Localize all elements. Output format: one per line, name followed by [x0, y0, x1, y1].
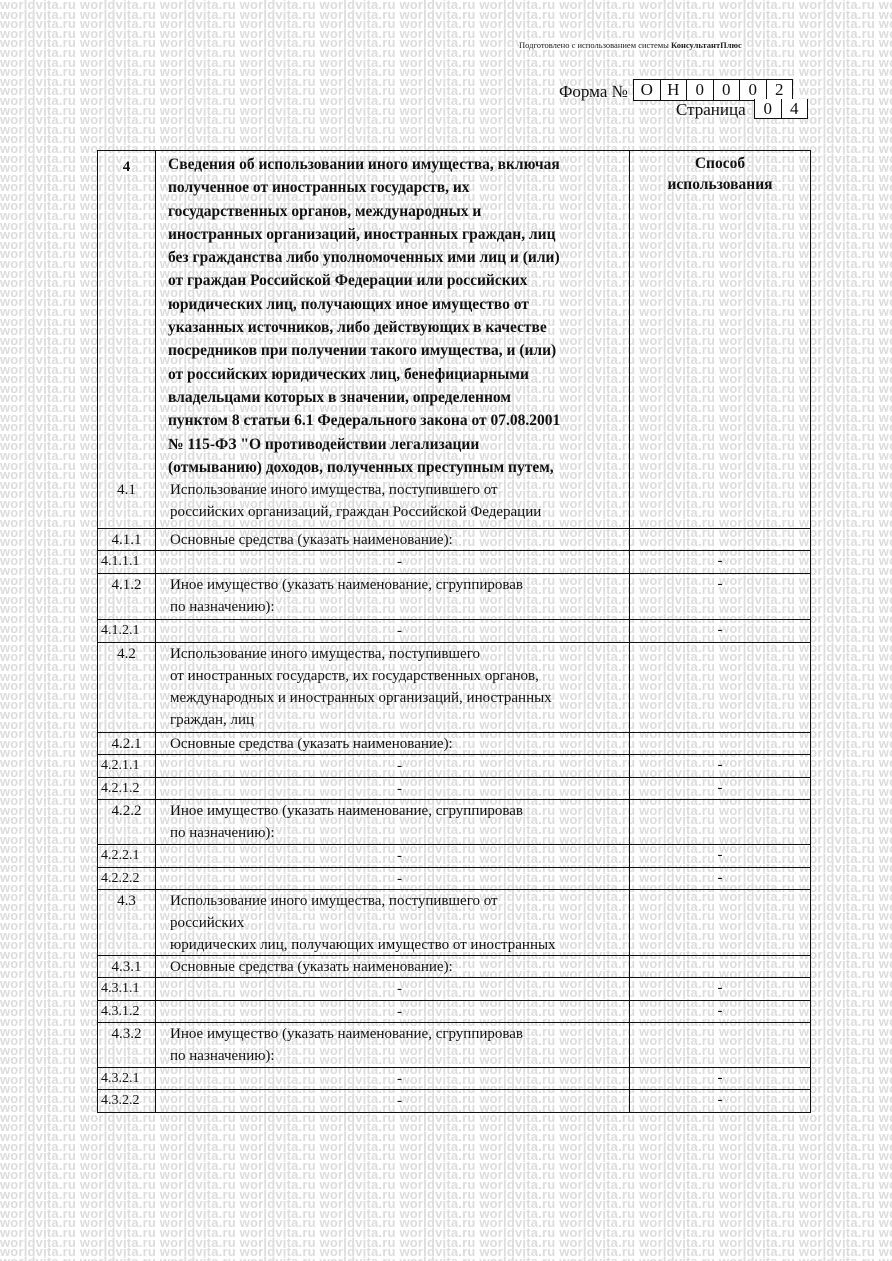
table-row: 4.1Использование иного имущества, поступ… [98, 479, 810, 528]
row-usage-value: - [630, 1068, 810, 1088]
row-number: 4.1.1.1 [98, 551, 156, 573]
row-description[interactable]: Основные средства (указать наименование)… [156, 733, 630, 754]
row-description-line: от иностранных государств, их государств… [170, 665, 629, 687]
section-title-line: без гражданства либо уполномоченных ими … [168, 246, 629, 269]
document-page: Подготовлено с использованием системы Ко… [0, 0, 892, 1261]
row-description[interactable]: - [156, 778, 630, 799]
table-row: 4.2.1.1-- [98, 754, 810, 777]
row-description-value: - [170, 978, 629, 1000]
row-usage-method[interactable]: - [630, 551, 810, 573]
table-row: 4.1.1Основные средства (указать наименов… [98, 528, 810, 550]
row-description-value: - [170, 1090, 629, 1112]
row-description-line: Иное имущество (указать наименование, сг… [170, 1023, 629, 1045]
row-number: 4.3.1 [98, 956, 156, 977]
row-usage-method[interactable]: - [630, 978, 810, 1000]
row-number: 4.2 [98, 643, 156, 732]
use-header-line: Способ [630, 153, 810, 174]
page-number-char: 4 [782, 99, 809, 118]
row-description[interactable]: Иное имущество (указать наименование, сг… [156, 800, 630, 844]
row-description[interactable]: Использование иного имущества, поступивш… [156, 479, 630, 528]
table-row: 4.3.2Иное имущество (указать наименовани… [98, 1022, 810, 1067]
row-number: 4.3.2 [98, 1023, 156, 1067]
table-header-row: 4 Сведения об использовании иного имущес… [98, 151, 810, 479]
form-code-char: 0 [687, 80, 714, 100]
section-title-line: указанных источников, либо действующих в… [168, 316, 629, 339]
row-description-value: - [170, 868, 629, 889]
row-description[interactable]: - [156, 868, 630, 889]
row-description-line: по назначению): [170, 822, 629, 844]
table-row: 4.1.2.1-- [98, 619, 810, 642]
row-number: 4.3.1.2 [98, 1001, 156, 1022]
form-number-label: Форма № [559, 82, 628, 102]
table-row: 4.3.1Основные средства (указать наименов… [98, 955, 810, 977]
row-usage-method[interactable] [630, 890, 810, 955]
row-number: 4.2.2.2 [98, 868, 156, 889]
row-description-line: российских [170, 912, 629, 934]
row-usage-method[interactable] [630, 643, 810, 732]
row-usage-method[interactable] [630, 1023, 810, 1067]
row-number: 4.1 [98, 479, 156, 528]
row-description-value: - [170, 845, 629, 867]
row-usage-value: - [630, 978, 810, 998]
row-usage-method[interactable] [630, 733, 810, 754]
section-title-line: от граждан Российской Федерации или росс… [168, 269, 629, 292]
table-row: 4.2.2.2-- [98, 867, 810, 889]
table-row: 4.2.2.1-- [98, 844, 810, 867]
row-usage-value: - [630, 868, 810, 888]
row-description-value: - [170, 551, 629, 573]
row-description[interactable]: Иное имущество (указать наименование, сг… [156, 1023, 630, 1067]
table-row: 4.1.1.1-- [98, 550, 810, 573]
form-code-boxes: О Н 0 0 0 2 [633, 79, 793, 101]
row-usage-value: - [630, 778, 810, 798]
row-description-line: Иное имущество (указать наименование, сг… [170, 800, 629, 822]
row-usage-method[interactable] [630, 956, 810, 977]
table-row: 4.3.1.1-- [98, 977, 810, 1000]
row-usage-value: - [630, 1090, 810, 1110]
row-description[interactable]: - [156, 845, 630, 867]
row-number: 4.2.2.1 [98, 845, 156, 867]
section-title-line: № 115-ФЗ "О противодействии легализации [168, 433, 629, 456]
form-code-char: 0 [714, 80, 741, 100]
row-number: 4.1.1 [98, 529, 156, 550]
row-number: 4.3 [98, 890, 156, 955]
row-description-value: - [170, 755, 629, 777]
row-usage-method[interactable]: - [630, 620, 810, 642]
use-column-header: Способ использования [630, 151, 810, 479]
section-title-line: иностранных организаций, иностранных гра… [168, 223, 629, 246]
row-description[interactable]: Основные средства (указать наименование)… [156, 529, 630, 550]
row-description-line: Основные средства (указать наименование)… [170, 529, 629, 550]
row-description-value: - [170, 778, 629, 799]
prepared-note: Подготовлено с использованием системы Ко… [519, 40, 742, 50]
section-title-line: пунктом 8 статьи 6.1 Федерального закона… [168, 409, 629, 432]
row-description[interactable]: - [156, 978, 630, 1000]
row-usage-method[interactable]: - [630, 1068, 810, 1089]
row-description[interactable]: - [156, 620, 630, 642]
row-description[interactable]: - [156, 1090, 630, 1112]
row-number: 4.2.2 [98, 800, 156, 844]
section-title-line: от российских юридических лиц, бенефициа… [168, 363, 629, 386]
row-description-line: Основные средства (указать наименование)… [170, 733, 629, 754]
row-description-value: - [170, 1001, 629, 1022]
table-row: 4.2.1.2-- [98, 777, 810, 799]
form-code-char: 0 [740, 80, 767, 100]
section-title-line: владельцами которых в значении, определе… [168, 386, 629, 409]
section-number-text: 4 [123, 159, 131, 175]
row-usage-method[interactable] [630, 529, 810, 550]
row-description[interactable]: Использование иного имущества, поступивш… [156, 890, 630, 955]
table-row: 4.3.1.2-- [98, 1000, 810, 1022]
row-description-line: граждан, лиц [170, 709, 629, 731]
section-title-line: посредников при получении такого имущест… [168, 339, 629, 362]
row-usage-method[interactable]: - [630, 574, 810, 619]
row-usage-value: - [630, 1001, 810, 1021]
row-usage-value: - [630, 551, 810, 571]
row-usage-method[interactable]: - [630, 755, 810, 777]
row-usage-value: - [630, 620, 810, 640]
row-description[interactable]: - [156, 1001, 630, 1022]
row-description-line: Использование иного имущества, поступивш… [170, 643, 629, 665]
section-number: 4 [98, 151, 156, 479]
form-code-char: 2 [767, 80, 794, 100]
table-row: 4.3.2.1-- [98, 1067, 810, 1089]
page-number-boxes: 0 4 [754, 99, 808, 119]
section-title: Сведения об использовании иного имуществ… [156, 151, 630, 479]
page-label: Страница [676, 100, 746, 120]
row-usage-method[interactable]: - [630, 1001, 810, 1022]
row-number: 4.2.1.2 [98, 778, 156, 799]
table-row: 4.2Использование иного имущества, поступ… [98, 642, 810, 732]
section-title-line: (отмыванию) доходов, полученных преступн… [168, 456, 629, 479]
table-row: 4.2.2Иное имущество (указать наименовани… [98, 799, 810, 844]
row-description-line: международных и иностранных организаций,… [170, 687, 629, 709]
row-description-line: юридических лиц, получающих имущество от… [170, 934, 629, 955]
row-number: 4.3.2.2 [98, 1090, 156, 1112]
row-usage-value: - [630, 845, 810, 865]
prepared-prefix: Подготовлено с использованием системы [519, 40, 669, 50]
table-row: 4.3Использование иного имущества, поступ… [98, 889, 810, 955]
row-description-value: - [170, 620, 629, 642]
section-title-line: Сведения об использовании иного имуществ… [168, 153, 629, 176]
table-row: 4.1.2Иное имущество (указать наименовани… [98, 573, 810, 619]
row-description-value: - [170, 1068, 629, 1089]
section-title-line: полученное от иностранных государств, их [168, 176, 629, 199]
row-usage-method[interactable] [630, 800, 810, 844]
form-code-char: Н [661, 80, 688, 100]
row-description[interactable]: Основные средства (указать наименование)… [156, 956, 630, 977]
property-usage-table: 4 Сведения об использовании иного имущес… [97, 150, 811, 1113]
page-number-char: 0 [755, 99, 782, 118]
row-number: 4.2.1 [98, 733, 156, 754]
row-usage-method[interactable]: - [630, 868, 810, 889]
section-title-line: юридических лиц, получающих иное имущест… [168, 293, 629, 316]
row-description[interactable]: - [156, 551, 630, 573]
row-usage-method[interactable] [630, 479, 810, 528]
row-description[interactable]: - [156, 1068, 630, 1089]
row-description[interactable]: - [156, 755, 630, 777]
row-number: 4.3.2.1 [98, 1068, 156, 1089]
row-number: 4.1.2.1 [98, 620, 156, 642]
section-title-line: государственных органов, международных и [168, 200, 629, 223]
use-header-line: использования [630, 174, 810, 195]
row-number: 4.2.1.1 [98, 755, 156, 777]
table-row: 4.2.1Основные средства (указать наименов… [98, 732, 810, 754]
row-usage-method[interactable]: - [630, 1090, 810, 1112]
row-usage-method[interactable]: - [630, 845, 810, 867]
row-description-line: Использование иного имущества, поступивш… [170, 479, 629, 501]
prepared-brand: КонсультантПлюс [671, 40, 742, 50]
row-usage-value: - [630, 755, 810, 775]
row-usage-value: - [630, 574, 810, 594]
row-usage-method[interactable]: - [630, 778, 810, 799]
row-description[interactable]: Использование иного имущества, поступивш… [156, 643, 630, 732]
row-number: 4.3.1.1 [98, 978, 156, 1000]
row-description-line: Основные средства (указать наименование)… [170, 956, 629, 977]
row-description-line: российских организаций, граждан Российск… [170, 501, 629, 523]
row-description-line: Иное имущество (указать наименование, сг… [170, 574, 629, 596]
table-row: 4.3.2.2-- [98, 1089, 810, 1112]
form-code-char: О [634, 80, 661, 100]
row-description[interactable]: Иное имущество (указать наименование, сг… [156, 574, 630, 619]
row-description-line: по назначению): [170, 1045, 629, 1067]
row-number: 4.1.2 [98, 574, 156, 619]
row-description-line: Использование иного имущества, поступивш… [170, 890, 629, 912]
row-description-line: по назначению): [170, 596, 629, 618]
